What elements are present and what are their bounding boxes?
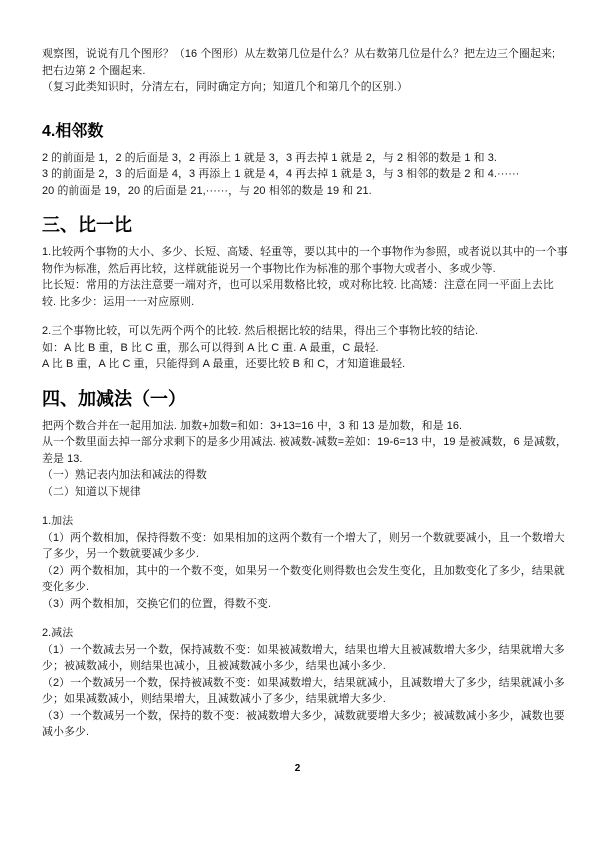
- text-line: 如：A 比 B 重，B 比 C 重，那么可以得到 A 比 C 重. A 最重，C…: [42, 340, 555, 357]
- text-line: 3 的前面是 2，3 的后面是 4，3 再添上 1 就是 4，4 再去掉 1 就…: [42, 166, 555, 183]
- text-line: （2）两个数相加，其中的一个数不变，如果另一个数变化则得数也会发生变化，且加数变…: [42, 563, 555, 580]
- subtraction-rules-paragraph: 2.减法（1）一个数减去另一个数，保持减数不变：如果被减数增大，结果也增大且被减…: [42, 625, 555, 741]
- text-line: 观察图，说说有几个图形？（16 个图形）从左数第几位是什么？从右数第几位是什么？…: [42, 46, 555, 63]
- text-line: 2.减法: [42, 625, 555, 642]
- addsub-intro-paragraph: 把两个数合并在一起用加法. 加数+加数=和如：3+13=16 中，3 和 13 …: [42, 418, 555, 501]
- text-line: （复习此类知识时，分清左右，同时确定方向；知道几个和第几个的区别.）: [42, 79, 555, 96]
- text-line: 较. 比多少：运用一一对应原则.: [42, 294, 555, 311]
- section-heading-compare: 三、比一比: [42, 213, 555, 237]
- text-line: 把右边第 2 个圈起来.: [42, 63, 555, 80]
- text-line: 把两个数合并在一起用加法. 加数+加数=和如：3+13=16 中，3 和 13 …: [42, 418, 555, 435]
- text-line: 比长短：常用的方法注意要一端对齐，也可以采用数格比较，或对称比较. 比高矮：注意…: [42, 277, 555, 294]
- text-line: （1）一个数减去另一个数，保持减数不变：如果被减数增大，结果也增大且被减数增大多…: [42, 642, 555, 659]
- section-heading-addsub: 四、加减法（一）: [42, 387, 555, 411]
- page-number: 2: [0, 763, 595, 774]
- text-line: 减小多少.: [42, 724, 555, 741]
- text-line: 物作为标准，然后再比较，这样就能说另一个事物比作为标准的那个事物大或者小、多或少…: [42, 261, 555, 278]
- text-line: （3）一个数减另一个数，保持的数不变：被减数增大多少，减数就要增大多少；被减数减…: [42, 708, 555, 725]
- text-line: 少；如果减数减小，则结果增大，且减数减小了多少，结果就增大多少.: [42, 691, 555, 708]
- text-line: （3）两个数相加，交换它们的位置，得数不变.: [42, 596, 555, 613]
- text-line: 从一个数里面去掉一部分求剩下的是多少用减法. 被减数-减数=差如：19-6=13…: [42, 434, 555, 451]
- section-heading-neighbors: 4.相邻数: [42, 122, 555, 142]
- intro-paragraph: 观察图，说说有几个图形？（16 个图形）从左数第几位是什么？从右数第几位是什么？…: [42, 46, 555, 96]
- addition-rules-paragraph: 1.加法（1）两个数相加，保持得数不变：如果相加的这两个数有一个增大了，则另一个…: [42, 513, 555, 612]
- neighbors-paragraph: 2 的前面是 1，2 的后面是 3，2 再添上 1 就是 3，3 再去掉 1 就…: [42, 150, 555, 200]
- text-line: 差是 13.: [42, 451, 555, 468]
- text-line: 1.加法: [42, 513, 555, 530]
- text-line: 变化多少.: [42, 579, 555, 596]
- text-line: 了多少，另一个数就要减少多少.: [42, 546, 555, 563]
- text-line: 1.比较两个事物的大小、多少、长短、高矮、轻重等，要以其中的一个事物作为参照，或…: [42, 244, 555, 261]
- text-line: A 比 B 重，A 比 C 重，只能得到 A 最重，还要比较 B 和 C，才知道…: [42, 356, 555, 373]
- text-line: 2 的前面是 1，2 的后面是 3，2 再添上 1 就是 3，3 再去掉 1 就…: [42, 150, 555, 167]
- compare-paragraph-1: 1.比较两个事物的大小、多少、长短、高矮、轻重等，要以其中的一个事物作为参照，或…: [42, 244, 555, 310]
- text-line: （一）熟记表内加法和减法的得数: [42, 467, 555, 484]
- text-line: （1）两个数相加，保持得数不变：如果相加的这两个数有一个增大了，则另一个数就要减…: [42, 530, 555, 547]
- text-line: （二）知道以下规律: [42, 484, 555, 501]
- text-line: 少；被减数减小，则结果也减小，且被减数减小多少，结果也减小多少.: [42, 658, 555, 675]
- compare-paragraph-2: 2.三个事物比较，可以先两个两个的比较. 然后根据比较的结果，得出三个事物比较的…: [42, 323, 555, 373]
- document-page: 观察图，说说有几个图形？（16 个图形）从左数第几位是什么？从右数第几位是什么？…: [0, 0, 595, 842]
- text-line: （2）一个数减另一个数，保持被减数不变：如果减数增大，结果就减小，且减数增大了多…: [42, 675, 555, 692]
- text-line: 20 的前面是 19，20 的后面是 21,······，与 20 相邻的数是 …: [42, 183, 555, 200]
- text-line: 2.三个事物比较，可以先两个两个的比较. 然后根据比较的结果，得出三个事物比较的…: [42, 323, 555, 340]
